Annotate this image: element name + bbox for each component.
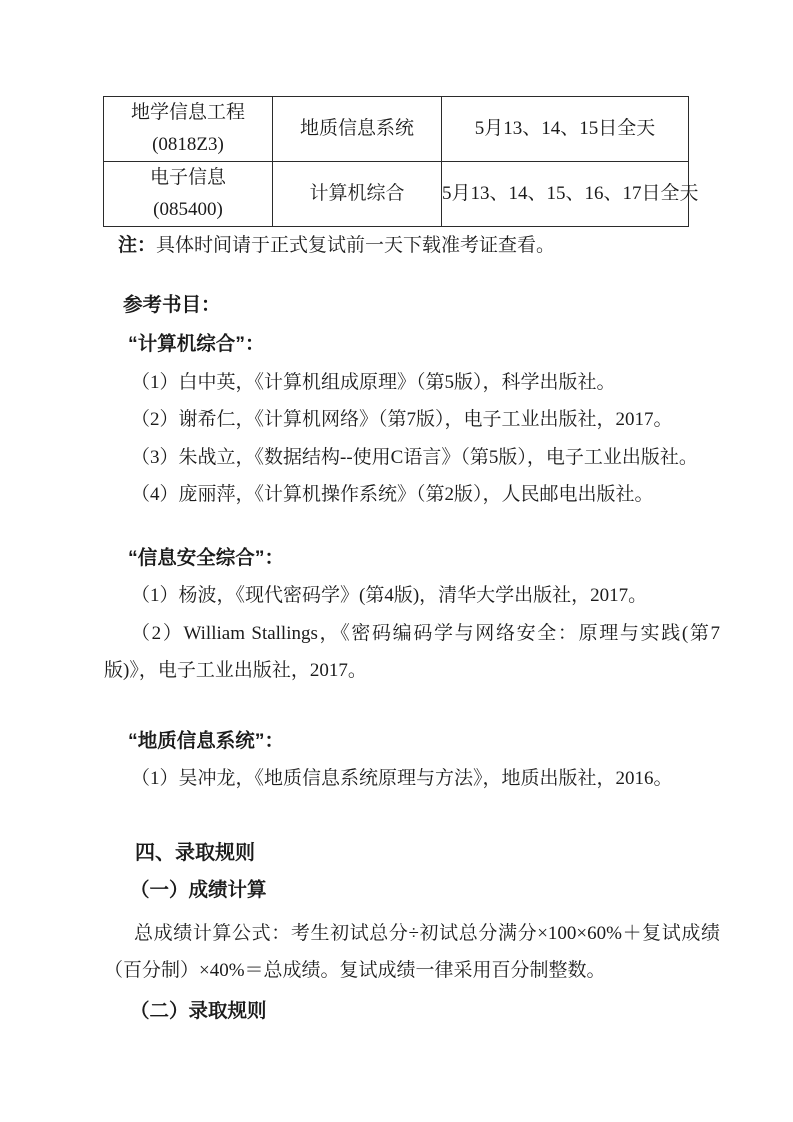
- note-label: 注：: [118, 235, 156, 256]
- note-line: 注：具体时间请于正式复试前一天下载准考证查看。: [104, 227, 720, 265]
- document-page: 地学信息工程 (0818Z3) 地质信息系统 5月13、14、15日全天 电子信…: [0, 0, 793, 1122]
- admission-rule-subheading: （二）录取规则: [104, 993, 720, 1031]
- section-heading-computer: “计算机综合”：: [104, 326, 720, 364]
- section-heading-infosec: “信息安全综合”：: [104, 540, 720, 578]
- book-item: （2）William Stallings，《密码编码学与网络安全：原理与实践(第…: [104, 615, 720, 690]
- book-item: （2）谢希仁，《计算机网络》（第7版），电子工业出版社，2017。: [104, 401, 720, 439]
- section-heading-gis: “地质信息系统”：: [104, 723, 720, 761]
- book-item: （1）杨波，《现代密码学》(第4版)，清华大学出版社，2017。: [104, 577, 720, 615]
- program-code: (0818Z3): [104, 129, 272, 161]
- book-item: （1）吴冲龙，《地质信息系统原理与方法》，地质出版社，2016。: [104, 760, 720, 798]
- reference-books-title: 参考书目：: [104, 287, 720, 325]
- dates-cell: 5月13、14、15、16、17日全天: [442, 162, 689, 227]
- document-content: 地学信息工程 (0818Z3) 地质信息系统 5月13、14、15日全天 电子信…: [104, 96, 720, 1030]
- program-name: 地学信息工程: [104, 97, 272, 129]
- exam-schedule-table: 地学信息工程 (0818Z3) 地质信息系统 5月13、14、15日全天 电子信…: [103, 96, 689, 227]
- book-item: （4）庞丽萍，《计算机操作系统》（第2版），人民邮电出版社。: [104, 476, 720, 514]
- program-cell: 电子信息 (085400): [104, 162, 273, 227]
- book-item: （1）白中英，《计算机组成原理》（第5版），科学出版社。: [104, 364, 720, 402]
- admission-rules-heading: 四、录取规则: [104, 835, 720, 873]
- dates-cell: 5月13、14、15日全天: [442, 97, 689, 162]
- table-row: 电子信息 (085400) 计算机综合 5月13、14、15、16、17日全天: [104, 162, 689, 227]
- program-name: 电子信息: [104, 162, 272, 194]
- book-item: （3）朱战立，《数据结构--使用C语言》（第5版），电子工业出版社。: [104, 439, 720, 477]
- subject-cell: 计算机综合: [273, 162, 442, 227]
- score-calculation-subheading: （一）成绩计算: [104, 872, 720, 910]
- note-text: 具体时间请于正式复试前一天下载准考证查看。: [156, 235, 555, 256]
- score-formula-paragraph: 总成绩计算公式：考生初试总分÷初试总分满分×100×60%＋复试成绩（百分制）×…: [104, 915, 720, 990]
- program-code: (085400): [104, 194, 272, 226]
- table-row: 地学信息工程 (0818Z3) 地质信息系统 5月13、14、15日全天: [104, 97, 689, 162]
- program-cell: 地学信息工程 (0818Z3): [104, 97, 273, 162]
- subject-cell: 地质信息系统: [273, 97, 442, 162]
